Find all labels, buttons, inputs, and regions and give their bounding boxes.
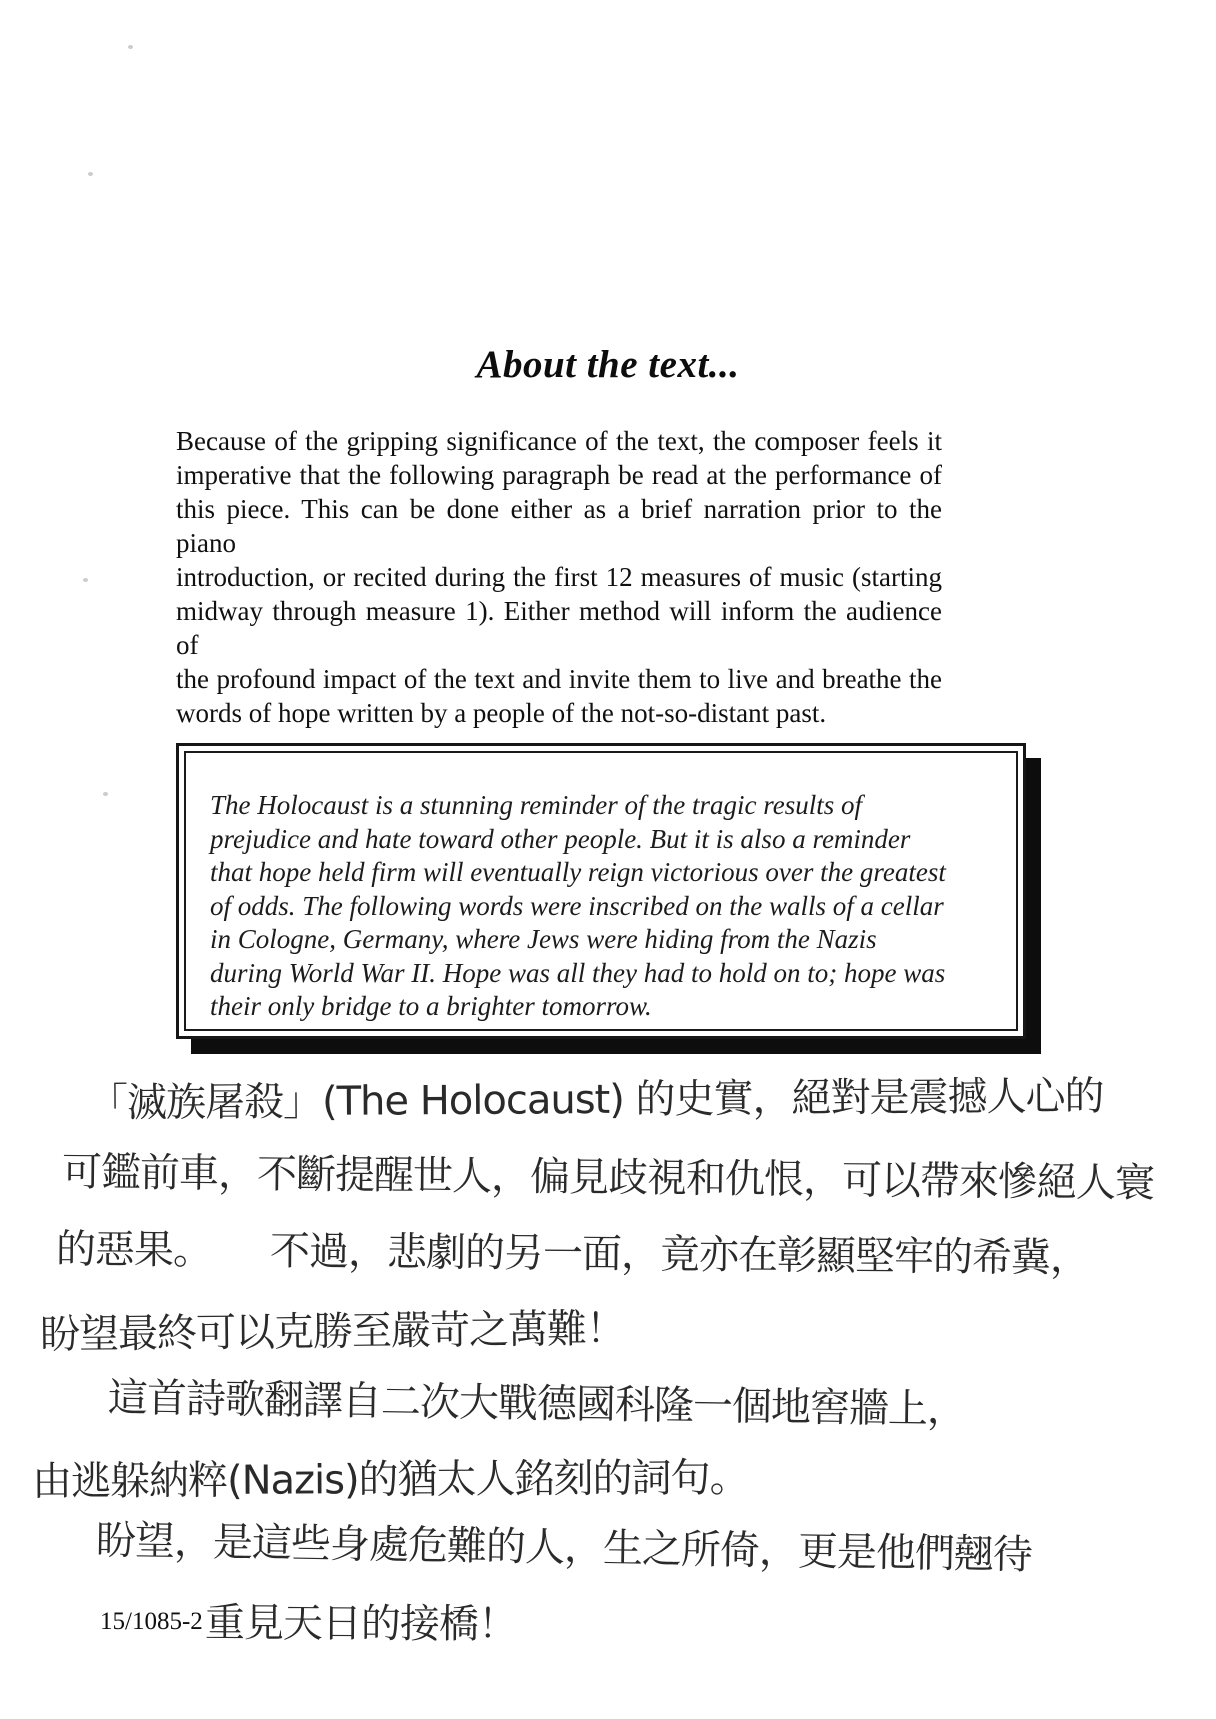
intro-line: imperative that the following paragraph …	[176, 458, 942, 492]
note-line: The Holocaust is a stunning reminder of …	[210, 789, 998, 823]
intro-line: the profound impact of the text and invi…	[176, 662, 942, 696]
intro-line: this piece. This can be done either as a…	[176, 492, 942, 560]
handwritten-line: 「滅族屠殺」(The Holocaust) 的史實，絕對是震撼人心的	[88, 1064, 1104, 1128]
handwritten-line: 重見天日的接橋！	[205, 1591, 517, 1650]
handwritten-line: 這首詩歌翻譯自二次大戰德國科隆一個地窖牆上，	[108, 1366, 967, 1435]
handwritten-line: 盼望，是這些身處危難的人，生之所倚，更是他們翹待	[96, 1509, 1033, 1581]
intro-paragraph: Because of the gripping significance of …	[176, 424, 942, 730]
handwritten-line: 可鑑前車，不斷提醒世人，偏見歧視和仇恨，可以帶來慘絕人寰	[62, 1140, 1155, 1208]
catalog-number: 15/1085-2	[100, 1608, 203, 1636]
handwritten-line: 由逃躲納粹(Nazis)的猶太人銘刻的詞句。	[32, 1446, 749, 1507]
note-line: of odds. The following words were inscri…	[210, 890, 998, 924]
intro-line: midway through measure 1). Either method…	[176, 594, 942, 662]
note-line: that hope held firm will eventually reig…	[210, 856, 998, 890]
document-page: About the text... Because of the grippin…	[0, 0, 1216, 1719]
scan-artifact	[88, 172, 93, 176]
note-line: in Cologne, Germany, where Jews were hid…	[210, 923, 998, 957]
handwritten-line: 盼望最終可以克勝至嚴苛之萬難！	[40, 1297, 626, 1360]
page-title: About the text...	[0, 342, 1216, 387]
scan-artifact	[83, 578, 88, 582]
note-line: their only bridge to a brighter tomorrow…	[210, 990, 998, 1024]
scan-artifact	[128, 45, 133, 49]
note-box: The Holocaust is a stunning reminder of …	[176, 743, 1026, 1039]
note-line: prejudice and hate toward other people. …	[210, 823, 998, 857]
intro-line: introduction, or recited during the firs…	[176, 560, 942, 594]
scan-artifact	[103, 792, 108, 796]
handwritten-line: 的惡果。 不過，悲劇的另一面，竟亦在彰顯堅牢的希冀，	[56, 1217, 1089, 1283]
note-box-inner: The Holocaust is a stunning reminder of …	[184, 751, 1018, 1031]
note-line: during World War II. Hope was all they h…	[210, 957, 998, 991]
intro-line: words of hope written by a people of the…	[176, 696, 942, 730]
intro-line: Because of the gripping significance of …	[176, 424, 942, 458]
